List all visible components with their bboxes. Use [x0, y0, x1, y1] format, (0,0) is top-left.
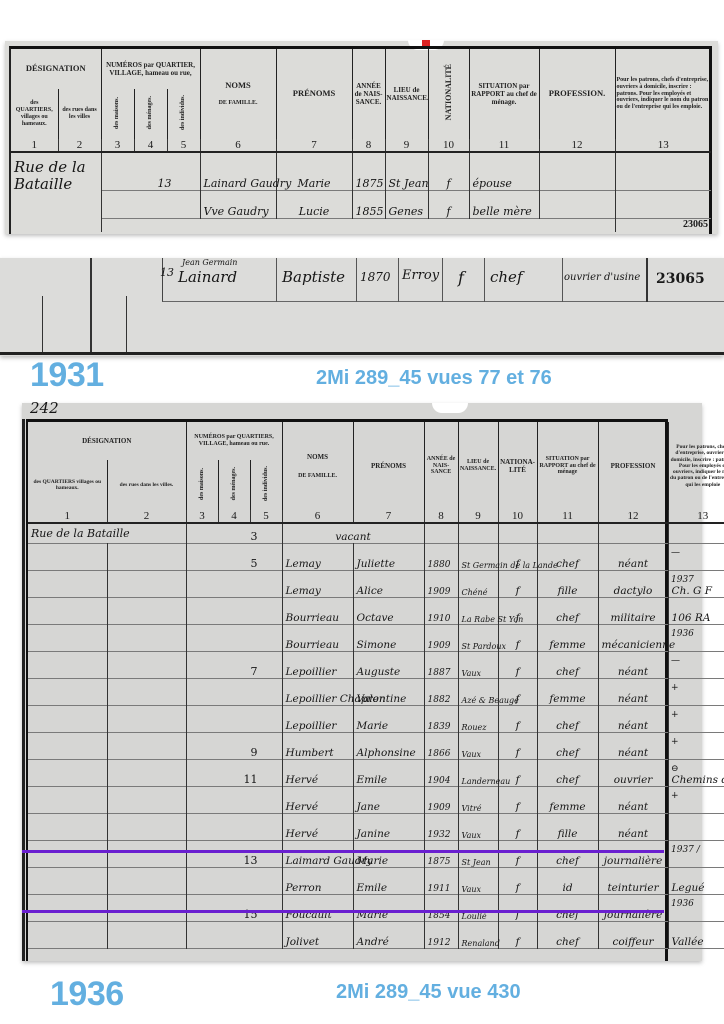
profession: journalière	[598, 840, 668, 867]
profession: militaire	[598, 597, 668, 624]
first-name: Valentine	[353, 678, 424, 705]
first-name: Marie	[353, 705, 424, 732]
nationality: f	[498, 894, 537, 921]
birth-year: 1932	[424, 813, 458, 840]
first-name: André	[353, 921, 424, 948]
margin-note: +	[671, 791, 679, 801]
family-name: Lepoillier	[282, 651, 353, 678]
birthplace: St Germain de la Lande	[458, 543, 498, 570]
header-individus: des individus.	[250, 460, 282, 510]
column-number: 2	[58, 139, 101, 152]
header-situation: SITUATION par RAPPORT au chef de ménage	[537, 422, 598, 510]
household-status: id	[537, 867, 598, 894]
column-number: 5	[250, 510, 282, 523]
caption-year-1931: 1931	[30, 356, 104, 395]
caption-year-1936: 1936	[50, 975, 124, 1014]
house-number	[186, 867, 282, 894]
first-name: Alphonsine	[353, 732, 424, 759]
house-number: 7	[186, 651, 282, 678]
birth-year: 1911	[424, 867, 458, 894]
house-number: 5	[186, 543, 282, 570]
highlight-bottom-line	[22, 910, 664, 913]
birthplace: Landerneau	[458, 759, 498, 786]
birthplace: Vitré	[458, 786, 498, 813]
profession	[598, 523, 668, 543]
margin-note: 1936	[671, 899, 694, 909]
birth-year: 1854	[424, 894, 458, 921]
census-1936-page: 242 DÉSIGNATION NUMÉROS par QUARTIERS, V…	[22, 403, 702, 961]
column-number: 6	[282, 510, 353, 523]
header-maisons: des maisons.	[186, 460, 218, 510]
header-noms: NOMSDE FAMILLE.	[200, 49, 276, 139]
family-name: Hervé	[282, 786, 353, 813]
house-number	[186, 570, 282, 597]
birth-year: 1882	[424, 678, 458, 705]
first-name: Auguste	[353, 651, 424, 678]
row-nationality: f	[458, 268, 464, 287]
birth-year: 1880	[424, 543, 458, 570]
family-name: Jolivet	[282, 921, 353, 948]
census-1931-row-1: Vve Gaudry Lucie 1855 Genes f belle mère	[11, 190, 711, 218]
caption-ref-1931: 2Mi 289_45 vues 77 et 76	[316, 367, 552, 390]
header-maisons: des maisons.	[101, 89, 134, 139]
birth-year: 1875	[424, 840, 458, 867]
house-number	[186, 921, 282, 948]
header-lieu: LIEU de NAISSANCE.	[458, 422, 498, 510]
column-number: 9	[385, 139, 428, 152]
profession: néant	[598, 786, 668, 813]
column-number: 13	[668, 510, 724, 523]
census-row: 9HumbertAlphonsine1866Vauxfchefnéant	[28, 732, 724, 759]
header-patrons: Pour les patrons, chefs d'entreprise, ou…	[615, 49, 711, 139]
first-name: Simone	[353, 624, 424, 651]
birthplace: Azé & Beaugé	[458, 678, 498, 705]
header-numeros: NUMÉROS par QUARTIER, VILLAGE, hameau ou…	[101, 49, 200, 89]
page-number: 242	[30, 399, 59, 417]
census-row: PerronEmile1911VauxfidteinturierLegué	[28, 867, 724, 894]
birthplace: Vaux	[458, 867, 498, 894]
row-profession: ouvrier d'usine	[564, 272, 640, 283]
highlight-top-line	[22, 850, 664, 853]
family-name: Bourrieau	[282, 624, 353, 651]
household-status: chef	[537, 921, 598, 948]
birth-year: 1909	[424, 624, 458, 651]
family-name: Lemay	[282, 570, 353, 597]
nationality: f	[498, 570, 537, 597]
first-name: Marie	[353, 840, 424, 867]
nationality: f	[498, 813, 537, 840]
birthplace: Vaux	[458, 732, 498, 759]
first-name: Emile	[353, 759, 424, 786]
birthplace: Loulié	[458, 894, 498, 921]
census-row: Lepoillier ChapronValentine1882Azé & Bea…	[28, 678, 724, 705]
margin-note: +	[671, 710, 679, 720]
header-annee: ANNÉE de NAIS-SANCE.	[352, 49, 385, 139]
column-number: 10	[498, 510, 537, 523]
census-1931-row-0: Rue de la Bataille 13 Lainard Gaudry Mar…	[11, 152, 711, 190]
header-individus: des individus.	[167, 89, 200, 139]
first-name: Marie	[353, 894, 424, 921]
column-number: 6	[200, 139, 276, 152]
household-status: femme	[537, 786, 598, 813]
profession: ouvrier	[598, 759, 668, 786]
header-situation: SITUATION par RAPPORT au chef de ménage.	[469, 49, 539, 139]
nationality: f	[498, 732, 537, 759]
header-menages: des ménages.	[134, 89, 167, 139]
nationality: f	[498, 840, 537, 867]
margin-note: 1936	[671, 629, 694, 639]
header-nationalite: NATIONA-LITÉ	[498, 422, 537, 510]
family-name: Foucault	[282, 894, 353, 921]
header-rues: des rues dans les villes	[58, 89, 101, 139]
house-number: 13	[186, 840, 282, 867]
header-designation: DÉSIGNATION	[28, 422, 186, 460]
family-name: Humbert	[282, 732, 353, 759]
birth-year: 1839	[424, 705, 458, 732]
column-number: 13	[615, 139, 711, 152]
column-number: 7	[353, 510, 424, 523]
column-number: 12	[539, 139, 615, 152]
birth-year: 1912	[424, 921, 458, 948]
nationality: f	[498, 651, 537, 678]
profession: néant	[598, 651, 668, 678]
house-number	[186, 786, 282, 813]
birth-year: 1909	[424, 570, 458, 597]
birthplace: Vaux	[458, 813, 498, 840]
household-status: chef	[537, 840, 598, 867]
margin-note: ⊖	[671, 764, 679, 774]
birthplace: St Pardoux	[458, 624, 498, 651]
column-number: 4	[134, 139, 167, 152]
household-status: chef	[537, 894, 598, 921]
column-number: 1	[11, 139, 58, 152]
birth-year: 1904	[424, 759, 458, 786]
header-profession: PROFESSION	[598, 422, 668, 510]
row-birthplace: Erroy	[402, 268, 439, 283]
nationality: f	[498, 867, 537, 894]
family-name: Lemay	[282, 543, 353, 570]
birthplace: Vaux	[458, 651, 498, 678]
column-number: 1	[28, 510, 107, 523]
header-annee: ANNÉE de NAIS-SANCE	[424, 422, 458, 510]
birthplace: La Rabe St Yon	[458, 597, 498, 624]
header-nationalite: NATIONALITÉ	[428, 49, 469, 139]
house-number	[186, 813, 282, 840]
header-prenoms: PRÉNOMS	[353, 422, 424, 510]
census-row: 5LemayJuliette1880St Germain de la Lande…	[28, 543, 724, 570]
row-firstname: Baptiste	[282, 268, 345, 286]
first-name: Emile	[353, 867, 424, 894]
census-1931-header-strip: DÉSIGNATION NUMÉROS par QUARTIER, VILLAG…	[5, 41, 718, 234]
census-row: 11HervéEmile1904LanderneaufchefouvrierCh…	[28, 759, 724, 786]
family-name: Laimard Gaudry	[282, 840, 353, 867]
nationality: f	[498, 705, 537, 732]
household-status: chef	[537, 651, 598, 678]
household-status: femme	[537, 624, 598, 651]
first-name: Juliette	[353, 543, 424, 570]
nationality	[498, 523, 537, 543]
column-number: 10	[428, 139, 469, 152]
household-status: chef	[537, 705, 598, 732]
header-designation: DÉSIGNATION	[11, 49, 101, 89]
census-1936-table: DÉSIGNATION NUMÉROS par QUARTIERS, VILLA…	[28, 422, 724, 949]
house-number	[186, 624, 282, 651]
census-row: BourrieauSimone1909St Pardouxffemmemécan…	[28, 624, 724, 651]
profession: dactylo	[598, 570, 668, 597]
employer: Vallée	[668, 921, 724, 948]
family-name: Lepoillier Chapron	[282, 678, 353, 705]
family-name: Perron	[282, 867, 353, 894]
column-number: 12	[598, 510, 668, 523]
margin-note: +	[671, 737, 679, 747]
column-number: 9	[458, 510, 498, 523]
profession: néant	[598, 678, 668, 705]
column-number: 7	[276, 139, 352, 152]
profession: néant	[598, 543, 668, 570]
household-status: fille	[537, 570, 598, 597]
birth-year: 1887	[424, 651, 458, 678]
nationality: f	[498, 921, 537, 948]
birthplace: Renaland	[458, 921, 498, 948]
household-status: femme	[537, 678, 598, 705]
household-status	[537, 523, 598, 543]
header-prenoms: PRÉNOMS	[276, 49, 352, 139]
column-number: 3	[186, 510, 218, 523]
household-status: fille	[537, 813, 598, 840]
column-number: 5	[167, 139, 200, 152]
census-row: JolivetAndré1912RenalandfchefcoiffeurVal…	[28, 921, 724, 948]
census-row: 15FoucaultMarie1854Louliéfchefjournalièr…	[28, 894, 724, 921]
header-noms: NOMSDE FAMILLE.	[282, 422, 353, 510]
census-row: 13Laimard GaudryMarie1875St Jeanfchefjou…	[28, 840, 724, 867]
row-situation: chef	[490, 268, 523, 286]
first-name: Octave	[353, 597, 424, 624]
family-name: Hervé	[282, 759, 353, 786]
house-number: 3	[186, 523, 282, 543]
family-name: Bourrieau	[282, 597, 353, 624]
household-status: chef	[537, 732, 598, 759]
column-number: 11	[469, 139, 539, 152]
employer: 106 RA	[668, 597, 724, 624]
profession: coiffeur	[598, 921, 668, 948]
profession: néant	[598, 732, 668, 759]
profession: journalière	[598, 894, 668, 921]
house-number: 9	[186, 732, 282, 759]
row-name-note: Jean Germain	[182, 258, 237, 267]
fold-mark	[432, 403, 468, 413]
nationality: f	[498, 786, 537, 813]
row-stamp: 23065	[656, 271, 705, 287]
first-name: Jane	[353, 786, 424, 813]
row-name: Lainard	[178, 268, 237, 286]
census-row: HervéJanine1932Vauxffillenéant	[28, 813, 724, 840]
house-number	[186, 705, 282, 732]
first-name: Alice	[353, 570, 424, 597]
house-number	[186, 678, 282, 705]
margin-note: 1937 /	[671, 845, 700, 855]
row-house-number: 13	[160, 266, 174, 279]
birth-year	[424, 523, 458, 543]
census-row: HervéJane1909Vitréffemmenéant	[28, 786, 724, 813]
birth-year: 1866	[424, 732, 458, 759]
column-number: 8	[352, 139, 385, 152]
profession: néant	[598, 813, 668, 840]
family-name: Lepoillier	[282, 705, 353, 732]
header-quartiers: des QUARTIERS villages ou hameaux.	[28, 460, 107, 510]
margin-note: +	[671, 683, 679, 693]
column-number: 8	[424, 510, 458, 523]
birth-year: 1909	[424, 786, 458, 813]
caption-ref-1936: 2Mi 289_45 vue 430	[336, 981, 521, 1004]
header-patrons: Pour les patrons, chefs d'entreprise, ou…	[668, 422, 724, 510]
household-status: chef	[537, 597, 598, 624]
census-row: LepoillierMarie1839Rouezfchefnéant	[28, 705, 724, 732]
header-lieu: LIEU de NAISSANCE.	[385, 49, 428, 139]
header-menages: des ménages.	[218, 460, 250, 510]
profession: mécanicienne	[598, 624, 668, 651]
street-name: Rue de la Bataille	[28, 523, 186, 543]
family-name: Hervé	[282, 813, 353, 840]
census-1931-table: DÉSIGNATION NUMÉROS par QUARTIER, VILLAG…	[11, 49, 711, 232]
house-number	[186, 597, 282, 624]
first-name: Janine	[353, 813, 424, 840]
header-quartiers: des QUARTIERS, villages ou hameaux.	[11, 89, 58, 139]
birthplace: Rouez	[458, 705, 498, 732]
household-status: chef	[537, 759, 598, 786]
census-row: 7LepoillierAuguste1887Vauxfchefnéant	[28, 651, 724, 678]
margin-note: —	[671, 656, 680, 666]
margin-note: —	[671, 548, 680, 558]
column-number: 3	[101, 139, 134, 152]
column-number: 4	[218, 510, 250, 523]
profession: néant	[598, 705, 668, 732]
family-name: vacant	[282, 523, 424, 543]
census-1931-continuation-strip: 13 Jean Germain Lainard Baptiste 1870 Er…	[0, 258, 724, 356]
house-number: 15	[186, 894, 282, 921]
employer: Legué	[668, 867, 724, 894]
census-row: LemayAlice1909ChénéffilledactyloCh. G F	[28, 570, 724, 597]
birth-year: 1910	[424, 597, 458, 624]
birthplace: St Jean	[458, 840, 498, 867]
row-year: 1870	[360, 270, 391, 284]
margin-note: 1937	[671, 575, 694, 585]
birthplace	[458, 523, 498, 543]
employer	[668, 523, 724, 543]
birthplace: Chéné	[458, 570, 498, 597]
column-number: 11	[537, 510, 598, 523]
census-row: BourrieauOctave1910La Rabe St Yonfchefmi…	[28, 597, 724, 624]
employer	[668, 813, 724, 840]
header-rues: des rues dans les villes.	[107, 460, 186, 510]
column-number: 2	[107, 510, 186, 523]
street-name: Rue de la Bataille	[11, 152, 101, 232]
profession: teinturier	[598, 867, 668, 894]
house-number: 11	[186, 759, 282, 786]
header-profession: PROFESSION.	[539, 49, 615, 139]
header-numeros: NUMÉROS par QUARTIERS, VILLAGE, hameau o…	[186, 422, 282, 460]
stamp-partial: 23065	[615, 218, 711, 232]
census-row: Rue de la Bataille3vacant	[28, 523, 724, 543]
